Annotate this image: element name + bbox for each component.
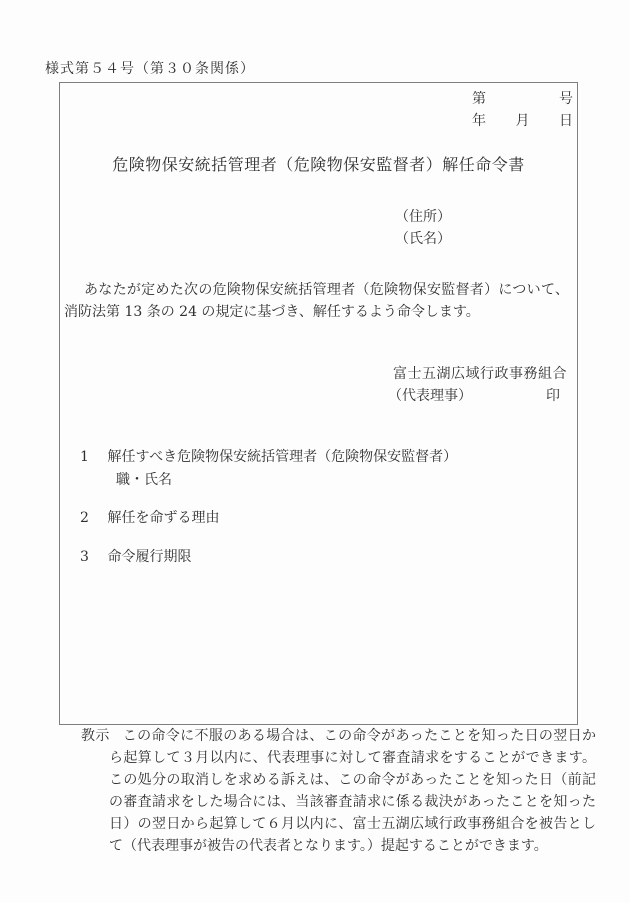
list-item-1-number: 1	[80, 449, 103, 465]
order-body-paragraph: あなたが定めた次の危険物保安統括管理者（危険物保安監督者）について、消防法第 1…	[64, 279, 569, 323]
document-frame: 第 号 年 月 日 危険物保安統括管理者（危険物保安監督者）解任命令書 （住所）…	[59, 82, 578, 725]
seal-mark: 印	[546, 385, 560, 405]
document-number-line: 第 号	[472, 88, 573, 108]
appeal-notice-text: この命令に不服のある場合は、この命令があったことを知った日の翌日から起算して３月…	[109, 728, 596, 854]
date-month-label: 月	[516, 110, 530, 130]
document-number-prefix: 第	[472, 88, 486, 108]
addressee-address-label: （住所）	[395, 206, 451, 226]
dismissal-order-form-page: 様式第５４号（第３０条関係） 第 号 年 月 日 危険物保安統括管理者（危険物保…	[0, 0, 630, 903]
issuer-representative-line: （代表理事） 印	[388, 385, 578, 405]
form-number-label: 様式第５４号（第３０条関係）	[45, 58, 255, 78]
list-item-3-label: 命令履行期限	[107, 549, 191, 565]
list-item-2-label: 解任を命ずる理由	[107, 510, 219, 526]
appeal-notice-paragraph: 教示この命令に不服のある場合は、この命令があったことを知った日の翌日から起算して…	[81, 725, 596, 857]
issuer-organization: 富士五湖広域行政事務組合	[393, 363, 567, 383]
list-item-1: 1 解任すべき危険物保安統括管理者（危険物保安監督者）	[80, 446, 457, 466]
issuer-representative-title: （代表理事）	[388, 388, 472, 404]
date-year-label: 年	[472, 110, 486, 130]
document-number-suffix: 号	[559, 88, 573, 108]
list-item-3-number: 3	[80, 549, 103, 565]
list-item-1-label: 解任すべき危険物保安統括管理者（危険物保安監督者）	[107, 449, 457, 465]
appeal-notice-label: 教示	[81, 728, 110, 744]
date-day-label: 日	[559, 110, 573, 130]
list-item-3: 3 命令履行期限	[80, 546, 191, 566]
list-item-1-sub-label: 職・氏名	[116, 469, 172, 489]
list-item-2-number: 2	[80, 510, 103, 526]
document-title: 危険物保安統括管理者（危険物保安監督者）解任命令書	[60, 152, 577, 175]
date-line: 年 月 日	[472, 110, 573, 130]
list-item-2: 2 解任を命ずる理由	[80, 507, 219, 527]
addressee-name-label: （氏名）	[395, 228, 451, 248]
